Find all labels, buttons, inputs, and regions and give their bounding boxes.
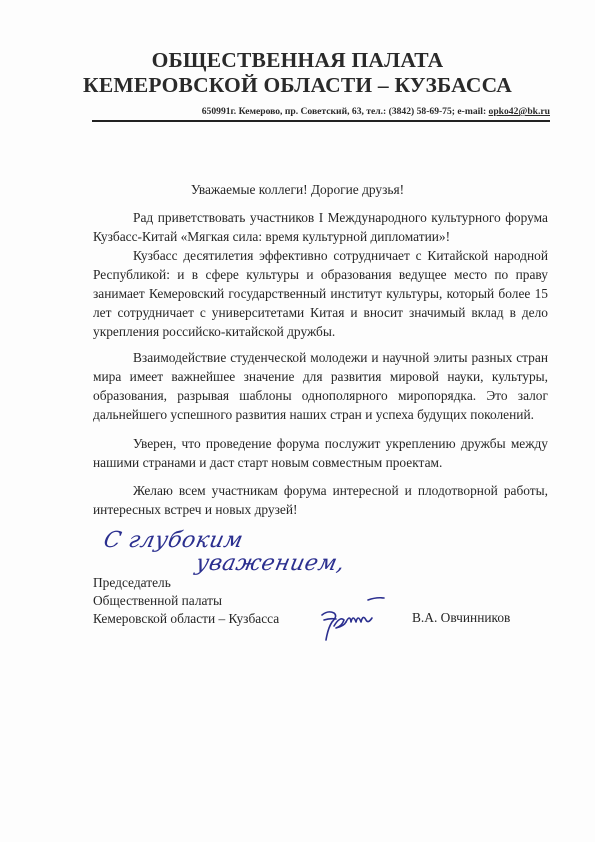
letter-paragraph-2: Кузбасс десятилетия эффективно сотруднич… bbox=[93, 246, 548, 341]
position-line-2: Общественной палаты bbox=[93, 592, 279, 610]
contact-email-link[interactable]: opko42@bk.ru bbox=[489, 106, 550, 117]
position-line-1: Председатель bbox=[93, 574, 279, 592]
contact-address: 650991г. Кемерово, пр. Советский, 63, те… bbox=[202, 106, 489, 117]
letter-paragraph-5: Желаю всем участникам форума интересной … bbox=[93, 481, 548, 519]
letterhead-divider bbox=[92, 120, 550, 122]
handwritten-signature-icon bbox=[318, 596, 388, 646]
handwritten-closing-line1: С глубоким bbox=[101, 528, 245, 553]
letter-page: ОБЩЕСТВЕННАЯ ПАЛАТА КЕМЕРОВСКОЙ ОБЛАСТИ … bbox=[0, 0, 595, 842]
letterhead-title-line1: ОБЩЕСТВЕННАЯ ПАЛАТА bbox=[0, 47, 595, 73]
letter-paragraph-4: Уверен, что проведение форума послужит у… bbox=[93, 434, 548, 472]
position-line-3: Кемеровской области – Кузбасса bbox=[93, 610, 279, 628]
letter-paragraph-3: Взаимодействие студенческой молодежи и н… bbox=[93, 348, 548, 424]
letter-paragraph-1: Рад приветствовать участников I Междунар… bbox=[93, 208, 548, 246]
paragraph-text: Желаю всем участникам форума интересной … bbox=[93, 481, 548, 519]
handwritten-closing-line2: уважением, bbox=[193, 551, 347, 576]
letterhead-contact: 650991г. Кемерово, пр. Советский, 63, те… bbox=[93, 106, 550, 117]
signer-position: Председатель Общественной палаты Кемеров… bbox=[93, 574, 279, 628]
signer-name: В.А. Овчинников bbox=[412, 610, 510, 626]
paragraph-text: Уверен, что проведение форума послужит у… bbox=[93, 434, 548, 472]
letter-greeting: Уважаемые коллеги! Дорогие друзья! bbox=[0, 180, 595, 199]
paragraph-text: Взаимодействие студенческой молодежи и н… bbox=[93, 348, 548, 424]
paragraph-text: Кузбасс десятилетия эффективно сотруднич… bbox=[93, 246, 548, 341]
paragraph-text: Рад приветствовать участников I Междунар… bbox=[93, 208, 548, 246]
letterhead-title-line2: КЕМЕРОВСКОЙ ОБЛАСТИ – КУЗБАССА bbox=[0, 72, 595, 98]
